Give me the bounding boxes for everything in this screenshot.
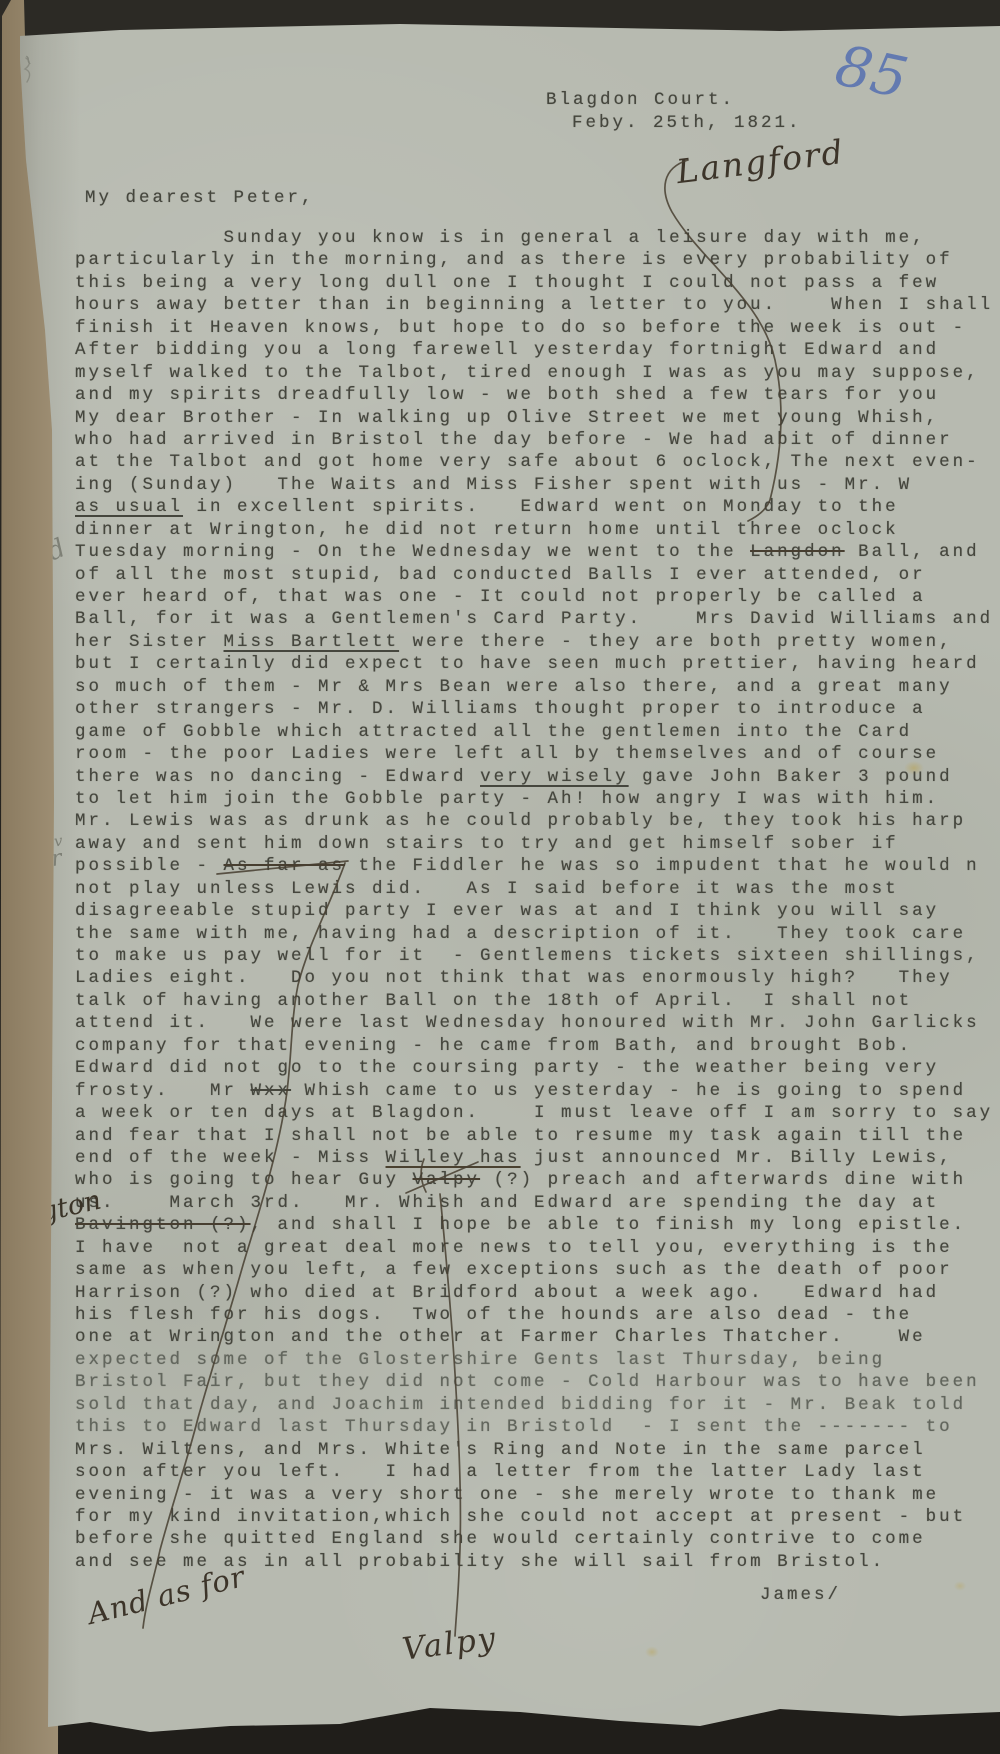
letter-line: as usual in excellent spirits. Edward we… — [75, 496, 993, 518]
letter-text: Ladies eight. Do you not think that was … — [75, 968, 953, 988]
letter-text: hours away better than in beginning a le… — [75, 295, 993, 315]
letter-text: just announced Mr. Billy Lewis, — [521, 1148, 953, 1168]
letter-text: this to Edward last Thursday in Bristold… — [75, 1417, 953, 1437]
letter-text: so much of them - Mr & Mrs Bean were als… — [75, 677, 953, 697]
letter-text: attend it. We were last Wednesday honour… — [75, 1013, 980, 1033]
letter-text: his flesh for his dogs. Two of the hound… — [75, 1305, 912, 1325]
letter-text: of all the most stupid, bad conducted Ba… — [75, 565, 926, 585]
letter-line: expected some of the Glostershire Gents … — [75, 1349, 993, 1371]
handwritten-valpy-annotation: Valpy — [400, 1620, 499, 1667]
letter-line: Edward did not go to the coursing party … — [75, 1057, 993, 1079]
letter-salutation: My dearest Peter, — [85, 188, 315, 208]
letter-line: same as when you left, a few exceptions … — [75, 1259, 993, 1281]
letter-line: soon after you left. I had a letter from… — [75, 1461, 993, 1483]
letter-text: this being a very long dull one I though… — [75, 273, 939, 293]
letter-line: away and sent him down stairs to try and… — [75, 833, 993, 855]
letter-line: attend it. We were last Wednesday honour… — [75, 1012, 993, 1034]
letter-line: company for that evening - he came from … — [75, 1035, 993, 1057]
letter-text: Ball, and — [845, 542, 980, 562]
letter-text: Sunday you know is in general a leisure … — [75, 228, 926, 248]
letter-address: Blagdon Court. — [546, 90, 735, 110]
letter-line: and fear that I shall not be able to res… — [75, 1125, 993, 1147]
letter-text: ever heard of, that was one - It could n… — [75, 587, 926, 607]
letter-line: before she quitted England she would cer… — [75, 1528, 993, 1550]
letter-text-marked: As far as — [224, 856, 346, 876]
letter-text: same as when you left, a few exceptions … — [75, 1260, 953, 1280]
letter-text: Tuesday morning - On the Wednesday we we… — [75, 542, 750, 562]
letter-text: I have not a great deal more news to tel… — [75, 1238, 953, 1258]
letter-line: My dear Brother - In walking up Olive St… — [75, 407, 993, 429]
letter-line: but I certainly did expect to have seen … — [75, 653, 993, 675]
letter-text: talk of having another Ball on the 18th … — [75, 991, 912, 1011]
letter-text: disagreeable stupid party I ever was at … — [75, 901, 939, 921]
letter-text: but I certainly did expect to have seen … — [75, 654, 980, 674]
letter-text: Ball, for it was a Gentlemen's Card Part… — [75, 609, 993, 629]
letter-text: other strangers - Mr. D. Williams though… — [75, 699, 926, 719]
letter-text-marked: very wisely — [480, 767, 629, 787]
letter-line: After bidding you a long farewell yester… — [75, 339, 993, 361]
letter-line: for my kind invitation,which she could n… — [75, 1506, 993, 1528]
letter-signature: James/ — [760, 1585, 841, 1605]
letter-text: the same with me, having had a descripti… — [75, 924, 966, 944]
letter-text: not play unless Lewis did. As I said bef… — [75, 879, 899, 899]
letter-line: at the Talbot and got home very safe abo… — [75, 451, 993, 473]
letter-text: a week or ten days at Blagdon. I must le… — [75, 1103, 993, 1123]
letter-line: Bristol Fair, but they did not come - Co… — [75, 1371, 993, 1393]
letter-text: dinner at Wrington, he did not return ho… — [75, 520, 899, 540]
letter-date: Feby. 25th, 1821. — [572, 113, 802, 133]
letter-text: After bidding you a long farewell yester… — [75, 340, 939, 360]
letter-text: to let him join the Gobble party - Ah! h… — [75, 789, 939, 809]
letter-line: end of the week - Miss Willey has just a… — [75, 1147, 993, 1169]
letter-line: other strangers - Mr. D. Williams though… — [75, 698, 993, 720]
letter-text: the Fiddler he was so impudent that he w… — [345, 856, 980, 876]
letter-text-marked: Langdon — [750, 542, 845, 562]
letter-line: her Sister Miss Bartlett were there - th… — [75, 631, 993, 653]
handwritten-langford-annotation: Langford — [674, 132, 846, 191]
letter-line: frosty. Mr Wxx Whish came to us yesterda… — [75, 1080, 993, 1102]
letter-line: Ladies eight. Do you not think that was … — [75, 967, 993, 989]
letter-line: ing (Sunday) The Waits and Miss Fisher s… — [75, 474, 993, 496]
letter-text: (?) preach and afterwards dine with — [480, 1170, 966, 1190]
letter-text: us. March 3rd. Mr. Whish and Edward are … — [75, 1193, 939, 1213]
letter-line: and my spirits dreadfully low - we both … — [75, 384, 993, 406]
letter-line: not play unless Lewis did. As I said bef… — [75, 878, 993, 900]
letter-text: who is going to hear Guy — [75, 1170, 413, 1190]
letter-text: were there - they are both pretty women, — [399, 632, 953, 652]
letter-line: I have not a great deal more news to tel… — [75, 1237, 993, 1259]
letter-line: game of Gobble which attracted all the g… — [75, 721, 993, 743]
letter-text: Mr. Lewis was as drunk as he could proba… — [75, 811, 966, 831]
letter-line: to let him join the Gobble party - Ah! h… — [75, 788, 993, 810]
letter-line: his flesh for his dogs. Two of the hound… — [75, 1304, 993, 1326]
letter-text: there was no dancing - Edward — [75, 767, 480, 787]
letter-line: Mr. Lewis was as drunk as he could proba… — [75, 810, 993, 832]
letter-line: possible - As far as the Fiddler he was … — [75, 855, 993, 877]
letter-line: dinner at Wrington, he did not return ho… — [75, 519, 993, 541]
letter-text: before she quitted England she would cer… — [75, 1529, 926, 1549]
letter-text: particularly in the morning, and as ther… — [75, 250, 953, 270]
scanned-letter-page: 85 Blagdon Court. Feby. 25th, 1821. Lang… — [0, 0, 1000, 1754]
letter-line: so much of them - Mr & Mrs Bean were als… — [75, 676, 993, 698]
letter-line: ever heard of, that was one - It could n… — [75, 586, 993, 608]
letter-text: , and shall I hope be able to finish my … — [251, 1215, 967, 1235]
letter-text: and my spirits dreadfully low - we both … — [75, 385, 939, 405]
letter-line: who is going to hear Guy Valpy (?) preac… — [75, 1169, 993, 1191]
letter-text: for my kind invitation,which she could n… — [75, 1507, 966, 1527]
letter-line: Harrison (?) who died at Bridford about … — [75, 1282, 993, 1304]
letter-text: game of Gobble which attracted all the g… — [75, 722, 912, 742]
letter-text-marked: Bavington (?) — [75, 1215, 251, 1235]
page-number-annotation: 85 — [830, 33, 913, 111]
letter-line: disagreeable stupid party I ever was at … — [75, 900, 993, 922]
letter-text: away and sent him down stairs to try and… — [75, 834, 899, 854]
letter-text: possible - — [75, 856, 224, 876]
letter-line: room - the poor Ladies were left all by … — [75, 743, 993, 765]
letter-line: us. March 3rd. Mr. Whish and Edward are … — [75, 1192, 993, 1214]
letter-line: the same with me, having had a descripti… — [75, 923, 993, 945]
margin-check-mark: v — [53, 831, 64, 850]
letter-text: frosty. Mr — [75, 1081, 251, 1101]
letter-text: her Sister — [75, 632, 224, 652]
letter-text: finish it Heaven knows, but hope to do s… — [75, 318, 966, 338]
letter-line: particularly in the morning, and as ther… — [75, 249, 993, 271]
letter-line: sold that day, and Joachim intended bidd… — [75, 1394, 993, 1416]
letter-text: who had arrived in Bristol the day befor… — [75, 430, 953, 450]
letter-text: expected some of the Glostershire Gents … — [75, 1350, 885, 1370]
letter-text-marked: as usual — [75, 497, 183, 517]
letter-line: there was no dancing - Edward very wisel… — [75, 766, 993, 788]
top-left-pencil-mark: ~ — [18, 52, 37, 68]
letter-line: Mrs. Wiltens, and Mrs. White's Ring and … — [75, 1439, 993, 1461]
letter-line: hours away better than in beginning a le… — [75, 294, 993, 316]
letter-body: Sunday you know is in general a leisure … — [75, 227, 993, 1573]
letter-text-marked: Valpy — [413, 1170, 481, 1190]
letter-text: myself walked to the Talbot, tired enoug… — [75, 363, 980, 383]
letter-text: Mrs. Wiltens, and Mrs. White's Ring and … — [75, 1440, 926, 1460]
letter-line: Sunday you know is in general a leisure … — [75, 227, 993, 249]
letter-text-marked: Willey has — [386, 1148, 521, 1168]
letter-line: to make us pay well for it - Gentlemens … — [75, 945, 993, 967]
letter-text: My dear Brother - In walking up Olive St… — [75, 408, 939, 428]
letter-line: one at Wrington and the other at Farmer … — [75, 1326, 993, 1348]
letter-text-marked: Miss Bartlett — [224, 632, 400, 652]
letter-text: soon after you left. I had a letter from… — [75, 1462, 926, 1482]
letter-line: talk of having another Ball on the 18th … — [75, 990, 993, 1012]
letter-line: a week or ten days at Blagdon. I must le… — [75, 1102, 993, 1124]
letter-line: evening - it was a very short one - she … — [75, 1484, 993, 1506]
letter-text: in excellent spirits. Edward went on Mon… — [183, 497, 899, 517]
letter-text: gave John Baker 3 pound — [629, 767, 953, 787]
letter-line: finish it Heaven knows, but hope to do s… — [75, 317, 993, 339]
letter-text: to make us pay well for it - Gentlemens … — [75, 946, 980, 966]
letter-text: end of the week - Miss — [75, 1148, 386, 1168]
letter-text: ing (Sunday) The Waits and Miss Fisher s… — [75, 475, 912, 495]
letter-text: Edward did not go to the coursing party … — [75, 1058, 939, 1078]
letter-text: sold that day, and Joachim intended bidd… — [75, 1395, 966, 1415]
letter-paper: 85 Blagdon Court. Feby. 25th, 1821. Lang… — [0, 0, 1000, 1754]
letter-line: Tuesday morning - On the Wednesday we we… — [75, 541, 993, 563]
letter-line: Ball, for it was a Gentlemen's Card Part… — [75, 608, 993, 630]
letter-text: evening - it was a very short one - she … — [75, 1485, 939, 1505]
letter-text: room - the poor Ladies were left all by … — [75, 744, 939, 764]
letter-text: at the Talbot and got home very safe abo… — [75, 452, 980, 472]
letter-text: and fear that I shall not be able to res… — [75, 1126, 966, 1146]
letter-line: of all the most stupid, bad conducted Ba… — [75, 564, 993, 586]
letter-text-marked: Wxx — [251, 1081, 292, 1101]
letter-line: this to Edward last Thursday in Bristold… — [75, 1416, 993, 1438]
letter-line: who had arrived in Bristol the day befor… — [75, 429, 993, 451]
letter-text: one at Wrington and the other at Farmer … — [75, 1327, 926, 1347]
letter-line: this being a very long dull one I though… — [75, 272, 993, 294]
letter-line: Bavington (?), and shall I hope be able … — [75, 1214, 993, 1236]
letter-text: Whish came to us yesterday - he is going… — [291, 1081, 966, 1101]
letter-line: myself walked to the Talbot, tired enoug… — [75, 362, 993, 384]
letter-text: Bristol Fair, but they did not come - Co… — [75, 1372, 980, 1392]
letter-text: company for that evening - he came from … — [75, 1036, 912, 1056]
letter-text: Harrison (?) who died at Bridford about … — [75, 1283, 939, 1303]
